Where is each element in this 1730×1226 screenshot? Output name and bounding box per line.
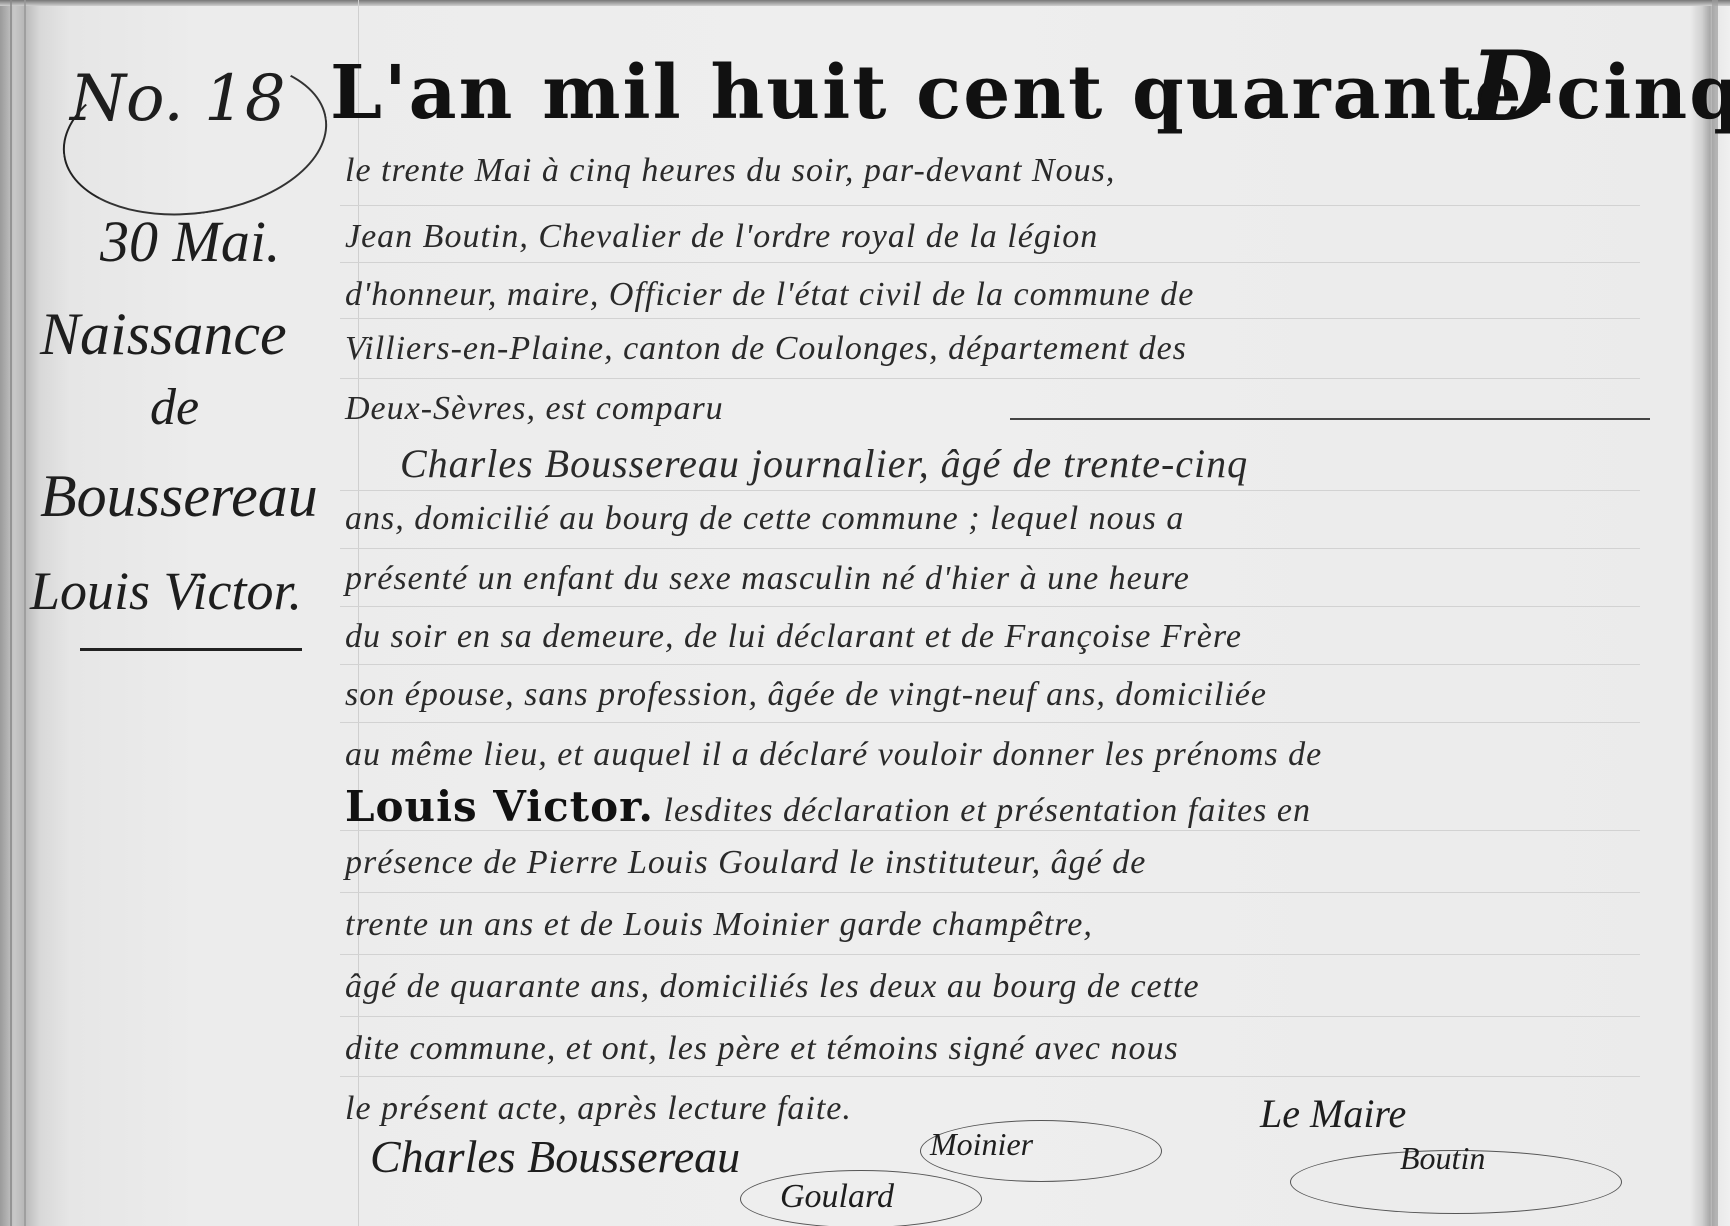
- ruled-line: [340, 722, 1640, 723]
- body-line-7: ans, domicilié au bourg de cette commune…: [345, 500, 1184, 538]
- body-line-17: le présent acte, après lecture faite.: [345, 1090, 852, 1128]
- ruled-line: [340, 548, 1640, 549]
- margin-underline: [80, 648, 302, 651]
- body-line-1: le trente Mai à cinq heures du soir, par…: [345, 152, 1115, 190]
- page-right-edge: [1712, 0, 1718, 1226]
- page-top-edge: [0, 0, 1730, 6]
- register-page: No. 18 30 Mai. Naissance de Boussereau L…: [0, 0, 1730, 1226]
- ruled-line: [340, 205, 1640, 206]
- child-given-names: Louis Victor.: [345, 782, 654, 831]
- signature-witness-goulard: Goulard: [780, 1178, 894, 1216]
- ruled-line: [340, 1016, 1640, 1017]
- body-line-6: Charles Boussereau journalier, âgé de tr…: [400, 440, 1248, 487]
- body-line-3: d'honneur, maire, Officier de l'état civ…: [345, 276, 1194, 314]
- margin-date: 30 Mai.: [100, 208, 280, 275]
- ruled-line: [340, 378, 1640, 379]
- ruled-line: [340, 892, 1640, 893]
- ruled-line: [340, 490, 1640, 491]
- body-line-12: Louis Victor. lesdites déclaration et pr…: [345, 782, 1311, 831]
- body-line-12-text: lesdites déclaration et présentation fai…: [664, 792, 1312, 829]
- margin-record-type: Naissance: [40, 300, 287, 369]
- margin-given-names: Louis Victor.: [30, 560, 302, 622]
- ruled-line: [340, 954, 1640, 955]
- body-line-4: Villiers-en-Plaine, canton de Coulonges,…: [345, 330, 1187, 368]
- body-line-16: dite commune, et ont, les père et témoin…: [345, 1030, 1179, 1068]
- fill-rule: [1010, 418, 1650, 420]
- ruled-line: [340, 1076, 1640, 1077]
- body-line-5: Deux-Sèvres, est comparu: [345, 390, 724, 428]
- body-line-9: du soir en sa demeure, de lui déclarant …: [345, 618, 1242, 656]
- mayor-label: Le Maire: [1260, 1090, 1406, 1137]
- body-line-13: présence de Pierre Louis Goulard le inst…: [345, 844, 1146, 882]
- body-line-2: Jean Boutin, Chevalier de l'ordre royal …: [345, 218, 1098, 256]
- body-line-8: présenté un enfant du sexe masculin né d…: [345, 560, 1190, 598]
- book-binding: [10, 0, 26, 1226]
- body-line-15: âgé de quarante ans, domiciliés les deux…: [345, 968, 1200, 1006]
- ruled-line: [340, 664, 1640, 665]
- ruled-line: [340, 606, 1640, 607]
- signature-father: Charles Boussereau: [370, 1130, 740, 1183]
- signature-mayor: Boutin: [1400, 1140, 1485, 1177]
- body-line-14: trente un ans et de Louis Moinier garde …: [345, 906, 1093, 944]
- ruled-line: [340, 262, 1640, 263]
- ruled-line: [340, 318, 1640, 319]
- body-line-11: au même lieu, et auquel il a déclaré vou…: [345, 736, 1322, 774]
- margin-surname: Boussereau: [40, 462, 318, 531]
- signature-witness-moinier: Moinier: [930, 1126, 1033, 1163]
- heading-flourish: D: [1470, 30, 1553, 143]
- body-line-10: son épouse, sans profession, âgée de vin…: [345, 676, 1267, 714]
- entry-number: No. 18: [70, 62, 286, 136]
- margin-preposition: de: [150, 378, 199, 437]
